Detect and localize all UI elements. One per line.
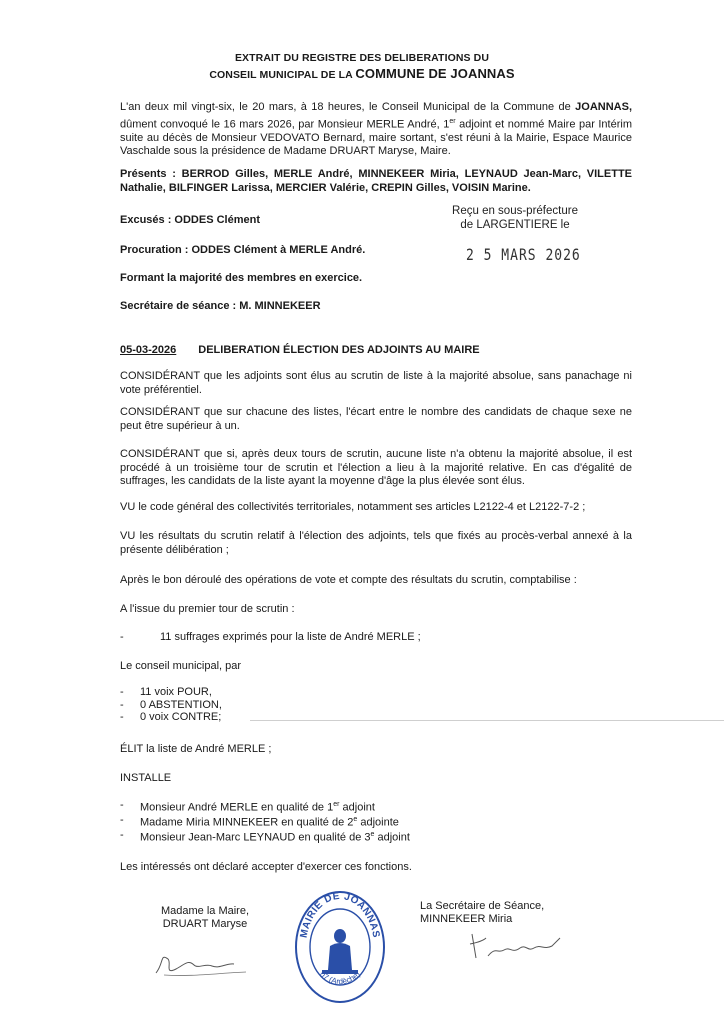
stamp-date: 2 5 MARS 2026 — [466, 246, 581, 265]
installe-line: INSTALLE — [120, 772, 171, 786]
install-text: adjoint — [374, 832, 409, 844]
considerant-1: CONSIDÉRANT que les adjoints sont élus a… — [120, 370, 632, 397]
install-text: adjointe — [357, 817, 399, 829]
signature-block-maire: Madame la Maire, DRUART Maryse — [140, 905, 270, 931]
secretaire-name: MINNEKEER Miria — [420, 913, 580, 926]
intro-paragraph: L'an deux mil vingt-six, le 20 mars, à 1… — [120, 101, 632, 159]
commune-name: COMMUNE DE JOANNAS — [355, 66, 514, 81]
presents-names: : BERROD Gilles, MERLE André, MINNEKEER … — [120, 168, 632, 194]
list-item: 0 voix CONTRE; — [120, 711, 222, 724]
stamp-line-1: Reçu en sous-préfecture — [430, 204, 600, 218]
install-text: Madame Miria MINNEKEER en qualité de 2 — [140, 817, 353, 829]
deliberation-title: DELIBERATION ÉLECTION DES ADJOINTS AU MA… — [198, 344, 479, 356]
prefecture-stamp: Reçu en sous-préfecture de LARGENTIERE l… — [430, 204, 600, 232]
vu-resultats: VU les résultats du scrutin relatif à l'… — [120, 530, 632, 557]
acceptation-line: Les intéressés ont déclaré accepter d'ex… — [120, 861, 412, 875]
considerant-lead: CONSIDÉRANT — [120, 406, 200, 418]
document-page: EXTRAIT DU REGISTRE DES DELIBERATIONS DU… — [0, 0, 724, 1024]
presents-paragraph: Présents : BERROD Gilles, MERLE André, M… — [120, 168, 632, 195]
secretaire-line: Secrétaire de séance : M. MINNEKEER — [120, 300, 321, 314]
apres-line: Après le bon déroulé des opérations de v… — [120, 574, 632, 588]
secretaire-signature — [468, 928, 578, 968]
scan-line — [250, 720, 724, 721]
installations-list: Monsieur André MERLE en qualité de 1er a… — [120, 799, 410, 844]
deliberation-heading: 05-03-2026DELIBERATION ÉLECTION DES ADJO… — [120, 344, 480, 356]
list-item: 11 suffrages exprimés pour la liste de A… — [120, 631, 421, 644]
considerant-3: CONSIDÉRANT que si, après deux tours de … — [120, 448, 632, 489]
maire-title: Madame la Maire, — [140, 905, 270, 918]
procuration-line: Procuration : ODDES Clément à MERLE Andr… — [120, 244, 365, 258]
secretaire-title: La Secrétaire de Séance, — [420, 900, 580, 913]
install-text: adjoint — [339, 802, 374, 814]
maire-signature — [150, 945, 260, 985]
premier-tour-line: A l'issue du premier tour de scrutin : — [120, 603, 295, 617]
excuses-line: Excusés : ODDES Clément — [120, 214, 260, 228]
list-item: 11 voix POUR, — [120, 686, 222, 699]
signature-block-secretaire: La Secrétaire de Séance, MINNEKEER Miria — [420, 900, 580, 926]
conseil-line: Le conseil municipal, par — [120, 660, 241, 674]
header-line-2-prefix: CONSEIL MUNICIPAL DE LA — [209, 69, 355, 81]
maire-name: DRUART Maryse — [140, 918, 270, 931]
considerant-lead: CONSIDÉRANT — [120, 448, 200, 460]
install-text: Monsieur Jean-Marc LEYNAUD en qualité de… — [140, 832, 371, 844]
mairie-seal: MAIRIE DE JOANNAS 07 (Ardèche) — [292, 888, 388, 1006]
header-line-2: CONSEIL MUNICIPAL DE LA COMMUNE DE JOANN… — [0, 66, 724, 81]
considerant-2: CONSIDÉRANT que sur chacune des listes, … — [120, 406, 632, 433]
install-text: Monsieur André MERLE en qualité de 1 — [140, 802, 333, 814]
considerant-lead: CONSIDÉRANT — [120, 370, 200, 382]
votes-list: 11 voix POUR, 0 ABSTENTION, 0 voix CONTR… — [120, 686, 222, 724]
vu-code: VU le code général des collectivités ter… — [120, 501, 632, 515]
stamp-line-2: de LARGENTIERE le — [430, 218, 600, 232]
list-item: 0 ABSTENTION, — [120, 699, 222, 712]
suffrages-list: 11 suffrages exprimés pour la liste de A… — [120, 631, 421, 644]
intro-text-2: dûment convoqué le 16 mars 2026, par Mon… — [120, 118, 449, 130]
list-item: Monsieur André MERLE en qualité de 1er a… — [120, 799, 410, 814]
intro-text-1: L'an deux mil vingt-six, le 20 mars, à 1… — [120, 101, 575, 113]
list-item: Madame Miria MINNEKEER en qualité de 2e … — [120, 814, 410, 829]
presents-label: Présents — [120, 168, 166, 180]
intro-commune: JOANNAS, — [575, 101, 632, 113]
elit-line: ÉLIT la liste de André MERLE ; — [120, 743, 271, 757]
majorite-line: Formant la majorité des membres en exerc… — [120, 272, 362, 286]
list-item: Monsieur Jean-Marc LEYNAUD en qualité de… — [120, 829, 410, 844]
header-line-1: EXTRAIT DU REGISTRE DES DELIBERATIONS DU — [0, 52, 724, 64]
deliberation-number: 05-03-2026 — [120, 344, 176, 356]
